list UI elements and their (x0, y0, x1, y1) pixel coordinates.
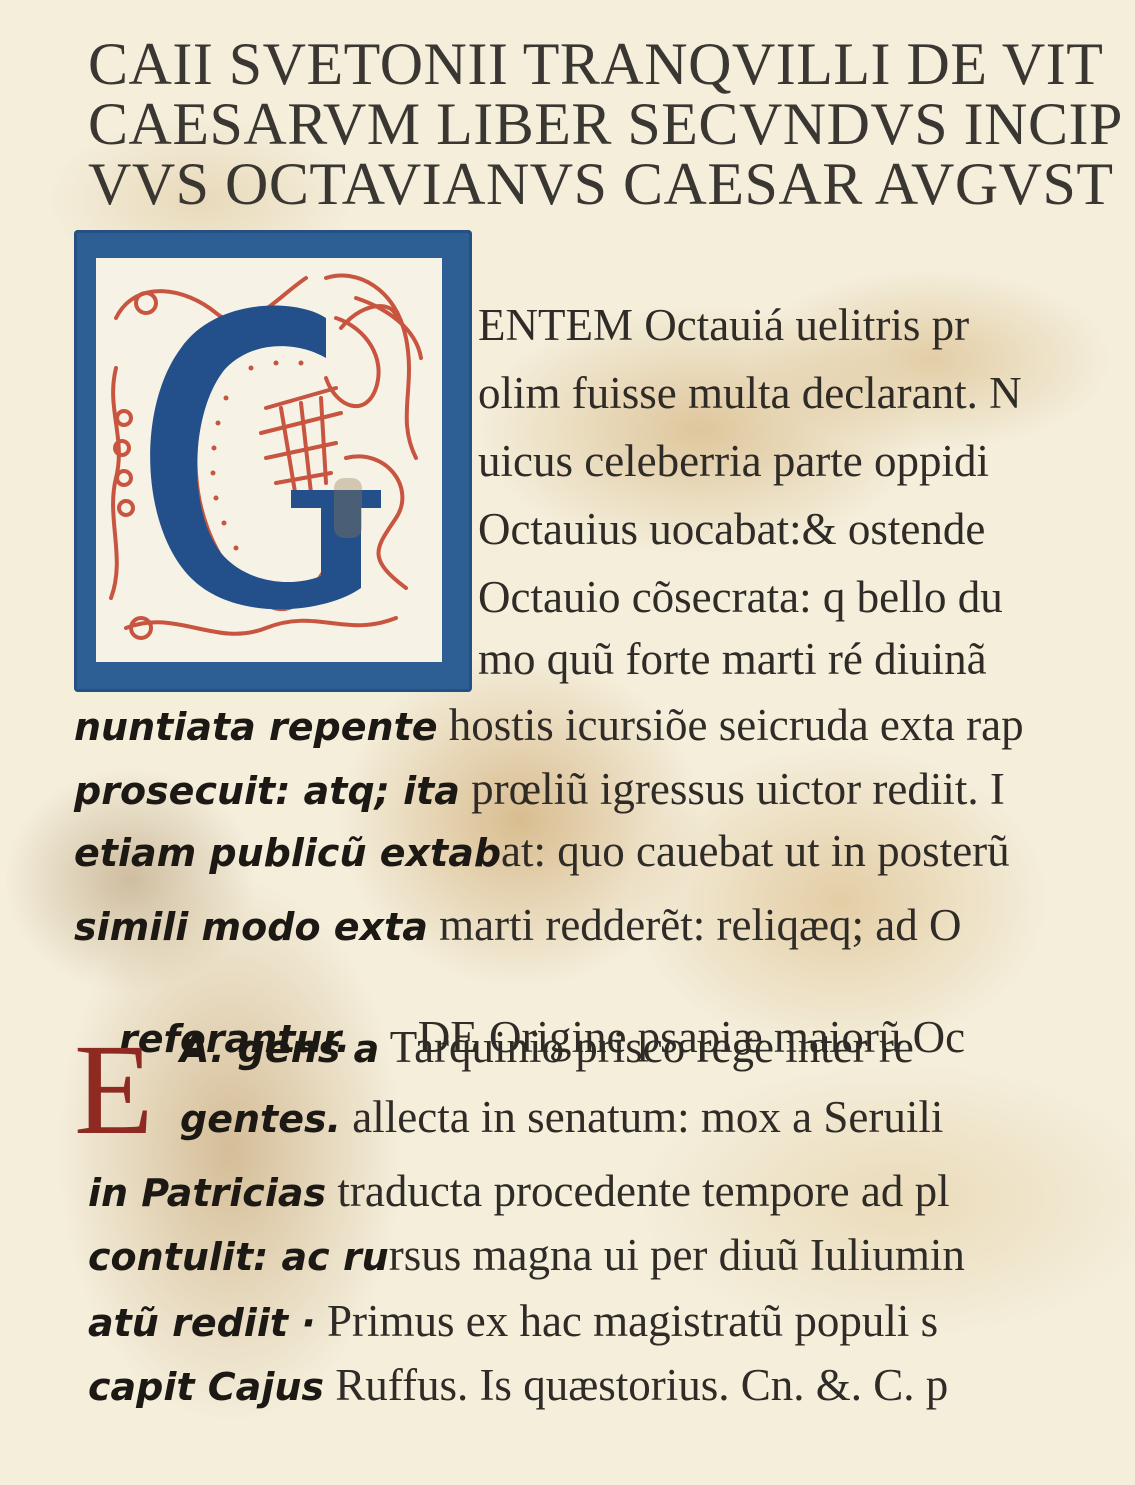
printed-text: Tarquinio prisco rege inter re (379, 1022, 914, 1072)
text-line: uicus celeberria parte oppidi (478, 436, 989, 486)
rubricated-initial-e: E (74, 1030, 174, 1150)
text-line: olim fuisse multa declarant. N (478, 368, 1022, 418)
title-heading: CAII SVETONII TRANQVILLI DE VIT CAESARVM… (88, 34, 1123, 214)
text-line: mo quũ forte marti ré diuinã (478, 634, 987, 684)
printed-text: prœliũ igressus uictor rediit. I (460, 764, 1005, 814)
text-line: capit Cajus Ruffus. Is quæstorius. Cn. &… (88, 1360, 948, 1412)
illuminated-initial-g (74, 230, 472, 692)
printed-text: Ruffus. Is quæstorius. Cn. &. C. p (324, 1360, 948, 1410)
text-line: atũ rediit · Primus ex hac magistratũ po… (88, 1296, 938, 1348)
floral-ornament-icon (96, 258, 442, 662)
text-line: gentes. allecta in senatum: mox a Seruil… (180, 1092, 943, 1144)
initial-letter: E (74, 1030, 174, 1150)
initial-ornament-field (96, 258, 442, 662)
heading-line: CAII SVETONII TRANQVILLI DE VIT (88, 34, 1123, 94)
printed-text: marti redderẽt: reliqæq; ad O (428, 900, 962, 950)
text-line: prosecuit: atq; ita prœliũ igressus uict… (74, 764, 1005, 816)
printed-text: hostis icursiõe seicruda exta rap (438, 700, 1024, 750)
text-line: ENTEM Octauiá uelitris pr (478, 300, 969, 350)
printed-text: allecta in senatum: mox a Seruili (341, 1092, 943, 1142)
heading-line: VVS OCTAVIANVS CAESAR AVGVST (88, 154, 1123, 214)
handwritten-restoration: A. gens a (180, 1027, 379, 1071)
printed-text: rsus magna ui per diuũ Iuliumin (389, 1230, 965, 1280)
text-line: Octauio cõsecrata: q bello du (478, 572, 1003, 622)
handwritten-restoration: nuntiata repente (74, 705, 438, 749)
heading-line: CAESARVM LIBER SECVNDVS INCIP (88, 94, 1123, 154)
handwritten-restoration: prosecuit: atq; ita (74, 769, 460, 813)
printed-text: at: quo cauebat ut in posterũ (501, 826, 1010, 876)
printed-text: traducta procedente tempore ad pl (326, 1166, 949, 1216)
printed-text: Primus ex hac magistratũ populi s (316, 1296, 938, 1346)
manuscript-page: CAII SVETONII TRANQVILLI DE VIT CAESARVM… (0, 0, 1135, 1485)
handwritten-restoration: etiam publicũ extab (74, 831, 501, 875)
handwritten-restoration: in Patricias (88, 1171, 326, 1215)
handwritten-restoration: gentes. (180, 1097, 341, 1141)
handwritten-restoration: capit Cajus (88, 1365, 324, 1409)
text-line: contulit: ac rursus magna ui per diuũ Iu… (88, 1230, 965, 1282)
text-line: in Patricias traducta procedente tempore… (88, 1166, 950, 1218)
text-line: A. gens a Tarquinio prisco rege inter re (180, 1022, 914, 1074)
text-line: Octauius uocabat:& ostende (478, 504, 985, 554)
text-line: nuntiata repente hostis icursiõe seicrud… (74, 700, 1024, 752)
handwritten-restoration: contulit: ac ru (88, 1235, 389, 1279)
handwritten-restoration: simili modo exta (74, 905, 428, 949)
handwritten-restoration: atũ rediit · (88, 1301, 316, 1345)
text-line: simili modo exta marti redderẽt: reliqæq… (74, 900, 961, 952)
text-line: etiam publicũ extabat: quo cauebat ut in… (74, 826, 1010, 878)
